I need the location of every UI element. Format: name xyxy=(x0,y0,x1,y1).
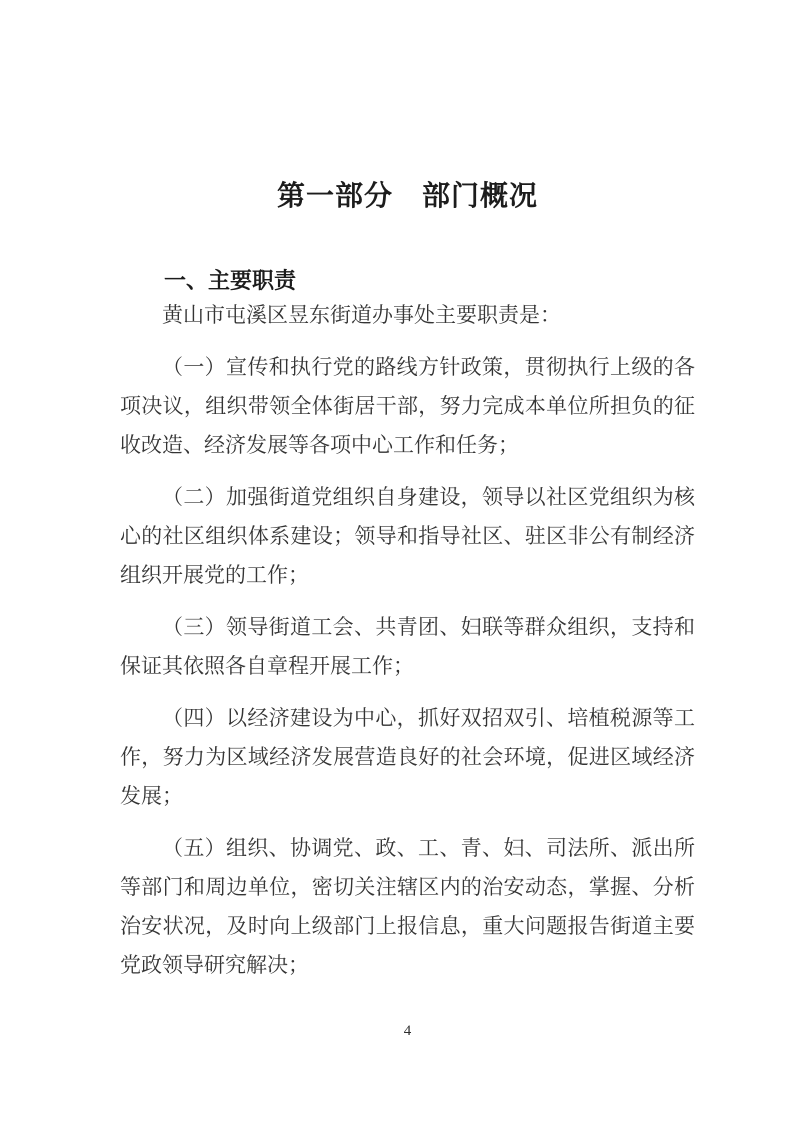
document-title: 第一部分 部门概况 xyxy=(120,179,695,213)
duty-paragraph-1: （一）宣传和执行党的路线方针政策，贯彻执行上级的各项决议，组织带领全体街居干部，… xyxy=(120,348,695,465)
intro-paragraph: 黄山市屯溪区昱东街道办事处主要职责是： xyxy=(120,296,695,335)
duty-paragraph-4: （四）以经济建设为中心，抓好双招双引、培植税源等工作，努力为区域经济发展营造良好… xyxy=(120,699,695,816)
document-content: 第一部分 部门概况 一、主要职责 黄山市屯溪区昱东街道办事处主要职责是： （一）… xyxy=(120,0,695,998)
section-heading: 一、主要职责 xyxy=(120,266,695,296)
document-page: 第一部分 部门概况 一、主要职责 黄山市屯溪区昱东街道办事处主要职责是： （一）… xyxy=(0,0,793,1122)
duty-paragraph-2: （二）加强街道党组织自身建设，领导以社区党组织为核心的社区组织体系建设；领导和指… xyxy=(120,478,695,595)
duty-paragraph-3: （三）领导街道工会、共青团、妇联等群众组织，支持和保证其依照各自章程开展工作； xyxy=(120,608,695,686)
page-number: 4 xyxy=(120,1022,695,1040)
duty-paragraph-5: （五）组织、协调党、政、工、青、妇、司法所、派出所等部门和周边单位，密切关注辖区… xyxy=(120,829,695,985)
